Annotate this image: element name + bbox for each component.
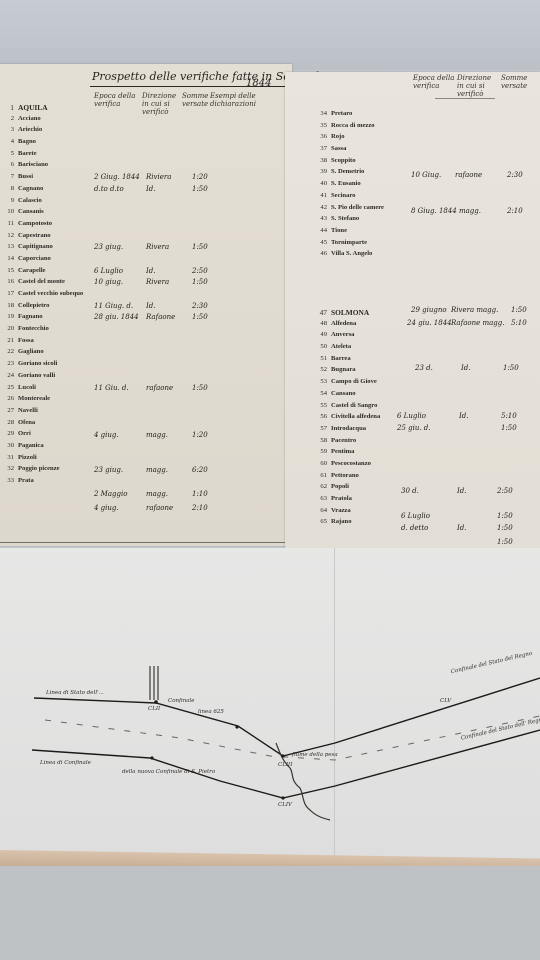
column-header-examples: Esempi delle dichiarazioni <box>210 92 266 108</box>
list-item: 18Collepietro <box>0 302 83 314</box>
list-item: 4Bagno <box>0 138 83 150</box>
list-item: 16Castel del monte <box>0 278 83 290</box>
title-underline <box>90 86 290 87</box>
column-header-direction: Direzione in cui si verificò <box>457 74 497 98</box>
list-item: 45Tornimparte <box>313 239 384 251</box>
column-header-direction: Direzione in cui si verificò <box>142 92 182 116</box>
list-item: 12Capestrano <box>0 232 83 244</box>
boundary-marker-label: CLII <box>148 706 160 712</box>
municipality-list-right-solmona: 47SOLMONA 48Alfedena 49Anversa 50Ateleta… <box>313 308 380 530</box>
list-item: 52Bugnara <box>313 366 380 378</box>
list-item: 30Paganica <box>0 442 83 454</box>
map-label: linea 625 <box>198 709 224 715</box>
list-item: 46Villa S. Angelo <box>313 250 384 262</box>
list-item: 29Orri <box>0 430 83 442</box>
list-item: 39S. Demetrio <box>313 168 384 180</box>
background-wall <box>0 0 540 70</box>
document-year: 1844 <box>246 78 271 89</box>
bottom-rule <box>0 542 290 543</box>
list-item: 33Prata <box>0 477 83 489</box>
left-document-page: Prospetto delle verifiche fatte in Sette… <box>0 64 292 546</box>
map-label: Linea di Confinale <box>40 760 91 766</box>
boundary-marker-label: CLIV <box>278 802 292 808</box>
list-item: 61Pettorano <box>313 472 380 484</box>
municipality-list-left: 1AQUILA 2Acciano 3Ariechio 4Bagno 5Baret… <box>0 103 83 489</box>
boundary-map-drawing: Linea di Stato dell'... Confinale linea … <box>0 548 540 860</box>
list-item: 28Ofena <box>0 419 83 431</box>
list-item: 37Sassa <box>313 145 384 157</box>
header-underline <box>435 98 495 99</box>
list-item: 58Pacentro <box>313 437 380 449</box>
map-label: Linea di Stato dell'... <box>46 690 104 696</box>
list-item: 2Acciano <box>0 115 83 127</box>
list-item: 8Cagnano <box>0 185 83 197</box>
list-item: 51Barrea <box>313 355 380 367</box>
list-item: 57Introdacqua <box>313 425 380 437</box>
list-item: 7Bussi <box>0 173 83 185</box>
list-item: 36Rojo <box>313 133 384 145</box>
boundary-marker-label: CLV <box>440 698 451 704</box>
list-item: 14Caporciano <box>0 255 83 267</box>
list-item: 22Gagliano <box>0 348 83 360</box>
list-item: 42S. Pio delle camere <box>313 204 384 216</box>
list-item: 9Calascio <box>0 197 83 209</box>
column-header-date: Epoca della verifica <box>413 74 457 90</box>
list-item: 17Castel vecchio subequo <box>0 290 83 302</box>
boundary-lines-icon <box>0 548 540 860</box>
list-item: 1AQUILA <box>0 103 83 115</box>
right-document-page: Epoca della verifica Direzione in cui si… <box>285 72 540 556</box>
list-item: 38Scoppito <box>313 157 384 169</box>
map-label: Confinale <box>168 698 195 704</box>
list-item: 54Cansano <box>313 390 380 402</box>
list-item: 40S. Eusanio <box>313 180 384 192</box>
list-item: 32Poggio picenze <box>0 465 83 477</box>
list-item: 26Montereale <box>0 395 83 407</box>
column-header-amount: Somme versate <box>501 74 537 90</box>
list-item: 56Civitella alfedena <box>313 413 380 425</box>
list-item: 50Ateleta <box>313 343 380 355</box>
map-label: fiume della pesa <box>292 752 338 758</box>
list-item: 34Pretaro <box>313 110 384 122</box>
list-item: 10Cansanis <box>0 208 83 220</box>
list-item: 11Campotosto <box>0 220 83 232</box>
list-item: 44Tione <box>313 227 384 239</box>
list-item: 5Barete <box>0 150 83 162</box>
list-item: 59Pentima <box>313 448 380 460</box>
municipality-list-right-aquila: 34Pretaro 35Rocca di mezzo 36Rojo 37Sass… <box>313 110 384 262</box>
table-surface <box>0 866 540 960</box>
list-item: 27Navelli <box>0 407 83 419</box>
list-item: 49Anversa <box>313 331 380 343</box>
list-item: 3Ariechio <box>0 126 83 138</box>
list-item: 6Barisciano <box>0 161 83 173</box>
list-item: 24Goriano valli <box>0 372 83 384</box>
list-item: 55Castel di Sangro <box>313 402 380 414</box>
boundary-marker-label: CLIII <box>278 762 292 768</box>
list-item: 20Fontecchio <box>0 325 83 337</box>
column-header-amount: Somme versate <box>182 92 208 108</box>
list-item: 47SOLMONA <box>313 308 380 320</box>
list-item: 21Fossa <box>0 337 83 349</box>
list-item: 60Pescocostanzo <box>313 460 380 472</box>
list-item: 35Rocca di mezzo <box>313 122 384 134</box>
list-item: 62Popoli <box>313 483 380 495</box>
list-item: 63Pratola <box>313 495 380 507</box>
list-item: 48Alfedena <box>313 320 380 332</box>
list-item: 15Carapelle <box>0 267 83 279</box>
list-item: 43S. Stefano <box>313 215 384 227</box>
list-item: 53Campo di Giove <box>313 378 380 390</box>
list-item: 19Fagnano <box>0 313 83 325</box>
list-item: 13Capitignano <box>0 243 83 255</box>
list-item: 65Rajano <box>313 518 380 530</box>
column-header-date: Epoca della verifica <box>94 92 138 108</box>
list-item: 64Vrazza <box>313 507 380 519</box>
map-label: della nuova Confinale di S. Pietro <box>122 769 215 775</box>
list-item: 31Pizzoli <box>0 454 83 466</box>
list-item: 25Lucoli <box>0 384 83 396</box>
list-item: 23Goriano sicoli <box>0 360 83 372</box>
list-item: 41Secinaro <box>313 192 384 204</box>
